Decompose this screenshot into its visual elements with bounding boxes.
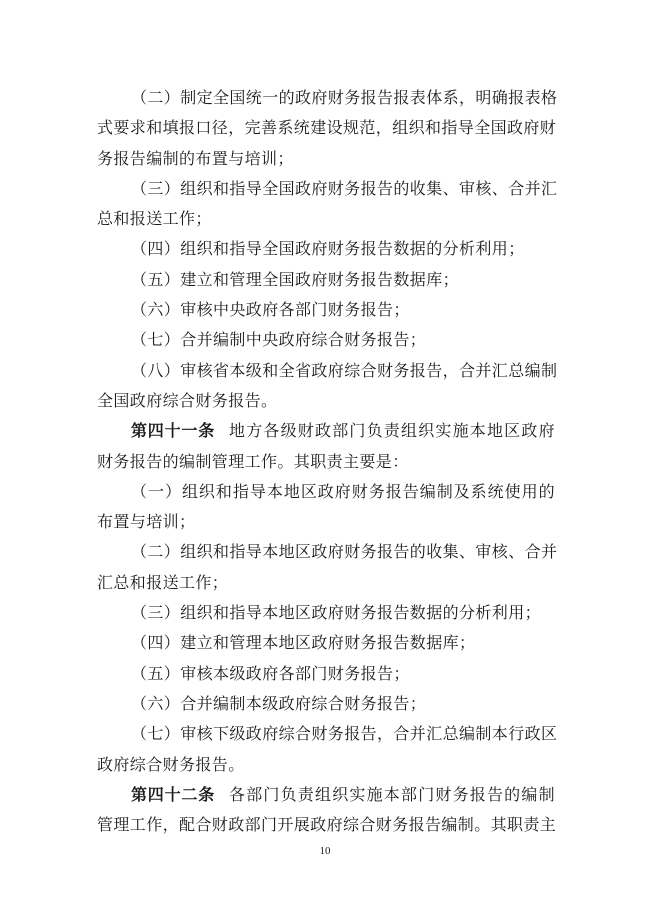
text-line: 管理工作，配合财政部门开展政府综合财务报告编制。其职责主 bbox=[97, 810, 555, 840]
line-text: 总和报送工作； bbox=[97, 209, 212, 228]
line-text: （二）组织和指导本地区政府财务报告的收集、审核、合并 bbox=[131, 542, 557, 561]
text-line: 全国政府综合财务报告。 bbox=[97, 386, 557, 416]
text-line: 布置与培训； bbox=[97, 507, 557, 537]
line-text: （三）组织和指导本地区政府财务报告数据的分析利用； bbox=[131, 603, 541, 622]
text-line: （四）组织和指导全国政府财务报告数据的分析利用； bbox=[97, 234, 557, 264]
line-text: 务报告编制的布置与培训； bbox=[97, 149, 294, 168]
text-line: （六）合并编制本级政府综合财务报告； bbox=[97, 689, 557, 719]
line-text: （六）审核中央政府各部门财务报告； bbox=[131, 300, 410, 319]
article-heading-line: 第四十二条各部门负责组织实施本部门财务报告的编制 bbox=[97, 780, 555, 810]
article-heading-line: 第四十一条地方各级财政部门负责组织实施本地区政府 bbox=[97, 416, 555, 446]
text-line: （七）合并编制中央政府综合财务报告； bbox=[97, 325, 557, 355]
line-text: 财务报告的编制管理工作。其职责主要是： bbox=[97, 452, 409, 471]
line-text: 汇总和报送工作； bbox=[97, 573, 228, 592]
line-text: 管理工作，配合财政部门开展政府综合财务报告编制。其职责主 bbox=[97, 815, 556, 834]
line-text: （二）制定全国统一的政府财务报告报表体系，明确报表格 bbox=[131, 88, 557, 107]
text-line: （六）审核中央政府各部门财务报告； bbox=[97, 295, 557, 325]
text-line: 式要求和填报口径，完善系统建设规范，组织和指导全国政府财 bbox=[97, 113, 555, 143]
text-line: 政府综合财务报告。 bbox=[97, 750, 557, 780]
line-text: 布置与培训； bbox=[97, 512, 195, 531]
text-line: （一）组织和指导本地区政府财务报告编制及系统使用的 bbox=[97, 477, 555, 507]
line-text: （七）合并编制中央政府综合财务报告； bbox=[131, 330, 426, 349]
text-line: 汇总和报送工作； bbox=[97, 568, 557, 598]
line-text: （八）审核省本级和全省政府综合财务报告，合并汇总编制 bbox=[131, 361, 557, 380]
text-line: （二）制定全国统一的政府财务报告报表体系，明确报表格 bbox=[97, 83, 555, 113]
line-text: 各部门负责组织实施本部门财务报告的编制 bbox=[229, 785, 555, 804]
line-text: （四）建立和管理本地区政府财务报告数据库； bbox=[131, 633, 475, 652]
line-text: 政府综合财务报告。 bbox=[97, 755, 245, 774]
text-line: 务报告编制的布置与培训； bbox=[97, 144, 557, 174]
line-text: （五）审核本级政府各部门财务报告； bbox=[131, 664, 410, 683]
text-line: （二）组织和指导本地区政府财务报告的收集、审核、合并 bbox=[97, 537, 555, 567]
text-line: （四）建立和管理本地区政府财务报告数据库； bbox=[97, 628, 557, 658]
page-number: 10 bbox=[0, 845, 650, 857]
line-text: （六）合并编制本级政府综合财务报告； bbox=[131, 694, 426, 713]
line-text: （七）审核下级政府综合财务报告，合并汇总编制本行政区 bbox=[131, 724, 557, 743]
text-line: （三）组织和指导本地区政府财务报告数据的分析利用； bbox=[97, 598, 557, 628]
article-label: 第四十二条 bbox=[131, 785, 215, 804]
document-page: （二）制定全国统一的政府财务报告报表体系，明确报表格式要求和填报口径，完善系统建… bbox=[97, 83, 557, 840]
text-line: （五）建立和管理全国政府财务报告数据库； bbox=[97, 265, 557, 295]
line-text: （三）组织和指导全国政府财务报告的收集、审核、合并汇 bbox=[131, 179, 557, 198]
line-text: 式要求和填报口径，完善系统建设规范，组织和指导全国政府财 bbox=[97, 118, 556, 137]
text-line: （五）审核本级政府各部门财务报告； bbox=[97, 659, 557, 689]
text-line: 财务报告的编制管理工作。其职责主要是： bbox=[97, 447, 557, 477]
text-line: （三）组织和指导全国政府财务报告的收集、审核、合并汇 bbox=[97, 174, 555, 204]
text-line: （七）审核下级政府综合财务报告，合并汇总编制本行政区 bbox=[97, 719, 555, 749]
line-text: 全国政府综合财务报告。 bbox=[97, 391, 277, 410]
line-text: 地方各级财政部门负责组织实施本地区政府 bbox=[229, 421, 555, 440]
text-line: 总和报送工作； bbox=[97, 204, 557, 234]
line-text: （五）建立和管理全国政府财务报告数据库； bbox=[131, 270, 459, 289]
line-text: （一）组织和指导本地区政府财务报告编制及系统使用的 bbox=[131, 482, 555, 501]
article-label: 第四十一条 bbox=[131, 421, 215, 440]
line-text: （四）组织和指导全国政府财务报告数据的分析利用； bbox=[131, 239, 525, 258]
text-line: （八）审核省本级和全省政府综合财务报告，合并汇总编制 bbox=[97, 356, 555, 386]
